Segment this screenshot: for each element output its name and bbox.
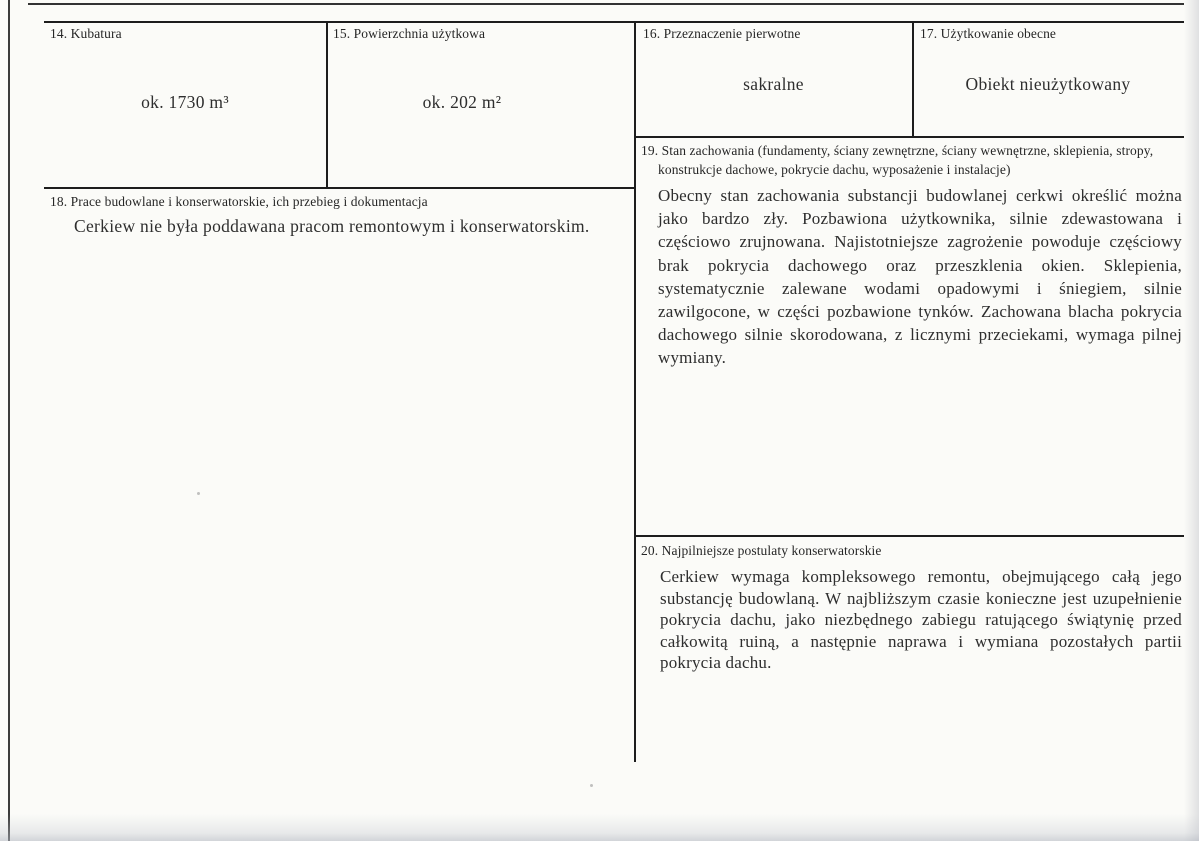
- field-19-stan-zachowania-label: 19. Stan zachowania (fundamenty, ściany …: [641, 141, 1199, 179]
- field-14-kubatura-value: ok. 1730 m³: [44, 92, 326, 113]
- scan-edge-right: [1184, 0, 1199, 841]
- field-17-uzytkowanie-value: Obiekt nieużytkowany: [913, 74, 1183, 95]
- scan-speck: [197, 492, 200, 495]
- field-20-postulaty-label: 20. Najpilniejsze postulaty konserwators…: [641, 541, 882, 560]
- scanned-form-page: 14. Kubatura ok. 1730 m³ 15. Powierzchni…: [0, 0, 1199, 841]
- rule-below-16-17: [634, 136, 1184, 138]
- rule-above-20: [634, 535, 1184, 537]
- scan-fold-line: [8, 0, 10, 841]
- table-top-rule: [28, 3, 1184, 5]
- field-18-prace-value: Cerkiew nie była poddawana pracom remont…: [74, 216, 634, 237]
- field-16-przeznaczenie-value: sakralne: [635, 74, 912, 95]
- field-20-postulaty-value: Cerkiew wymaga kompleksowego remontu, ob…: [660, 566, 1182, 674]
- row1-top-rule: [44, 21, 1184, 23]
- field-15-powierzchnia-label: 15. Powierzchnia użytkowa: [333, 24, 485, 43]
- divider-left-right-columns: [634, 21, 636, 762]
- field-18-prace-label: 18. Prace budowlane i konserwatorskie, i…: [50, 192, 428, 211]
- field-17-uzytkowanie-label: 17. Użytkowanie obecne: [920, 24, 1056, 43]
- field-16-przeznaczenie-label: 16. Przeznaczenie pierwotne: [643, 24, 801, 43]
- scan-edge-bottom: [0, 814, 1199, 841]
- field-15-powierzchnia-value: ok. 202 m²: [327, 92, 597, 113]
- field-14-kubatura-label: 14. Kubatura: [50, 24, 122, 43]
- rule-below-14-15: [44, 187, 636, 189]
- field-19-stan-zachowania-value: Obecny stan zachowania substancji budowl…: [658, 184, 1182, 370]
- scan-speck: [590, 784, 593, 787]
